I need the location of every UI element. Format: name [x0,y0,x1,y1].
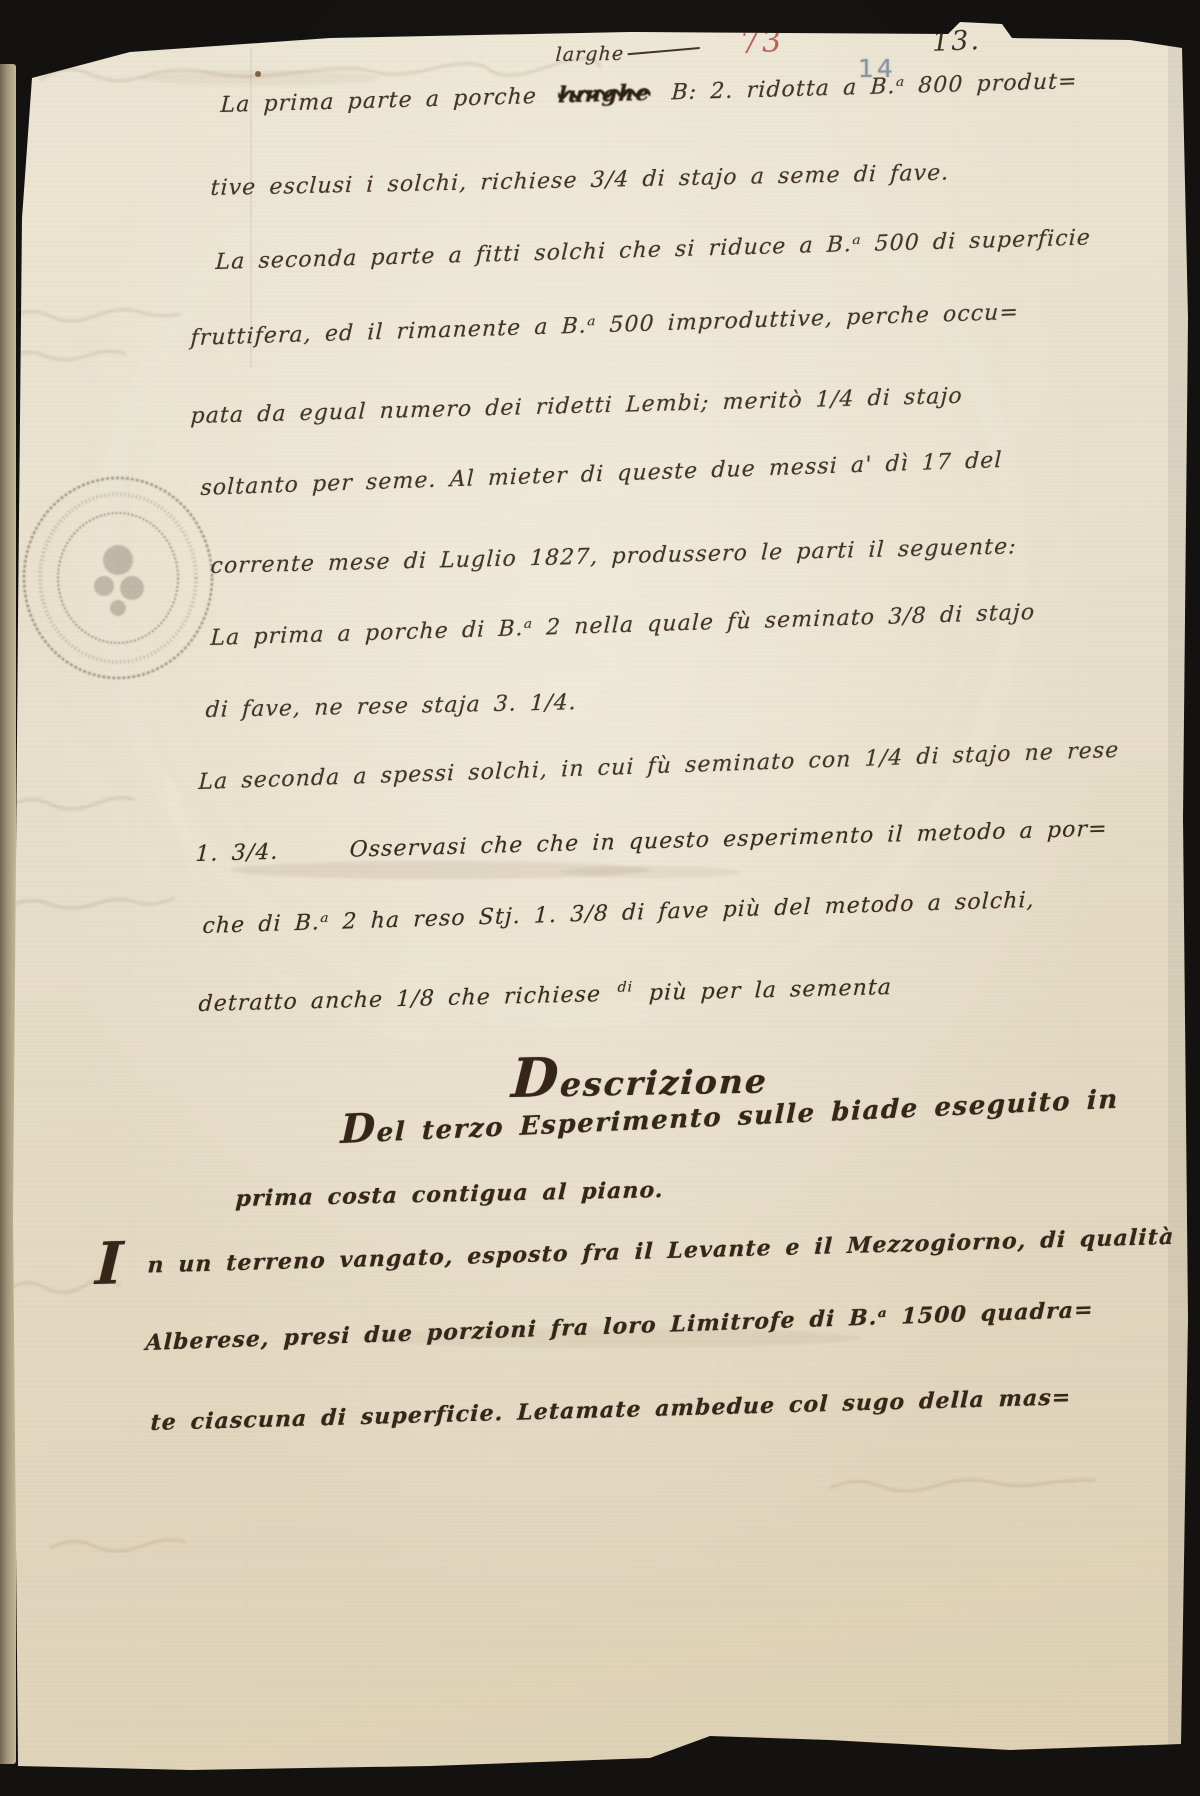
adjacent-page-edge [0,64,16,1764]
line01-struck-word: lunghe [558,80,651,109]
manuscript-page: 73 14 13. larghe La prima parte a porche… [10,18,1190,1782]
interlinear-insertion: larghe [555,41,700,66]
line11-fraction: 1. 3/4. [195,840,279,867]
page-number-ink: 13. [931,25,981,58]
insertion-word: larghe [555,43,625,66]
line17-initial-capital: I [95,1253,124,1274]
pen-flourish [627,47,699,55]
folio-number-red: 73 [739,23,785,62]
line13-superscript: di [617,979,633,995]
scan-background: 73 14 13. larghe La prima parte a porche… [0,0,1200,1796]
